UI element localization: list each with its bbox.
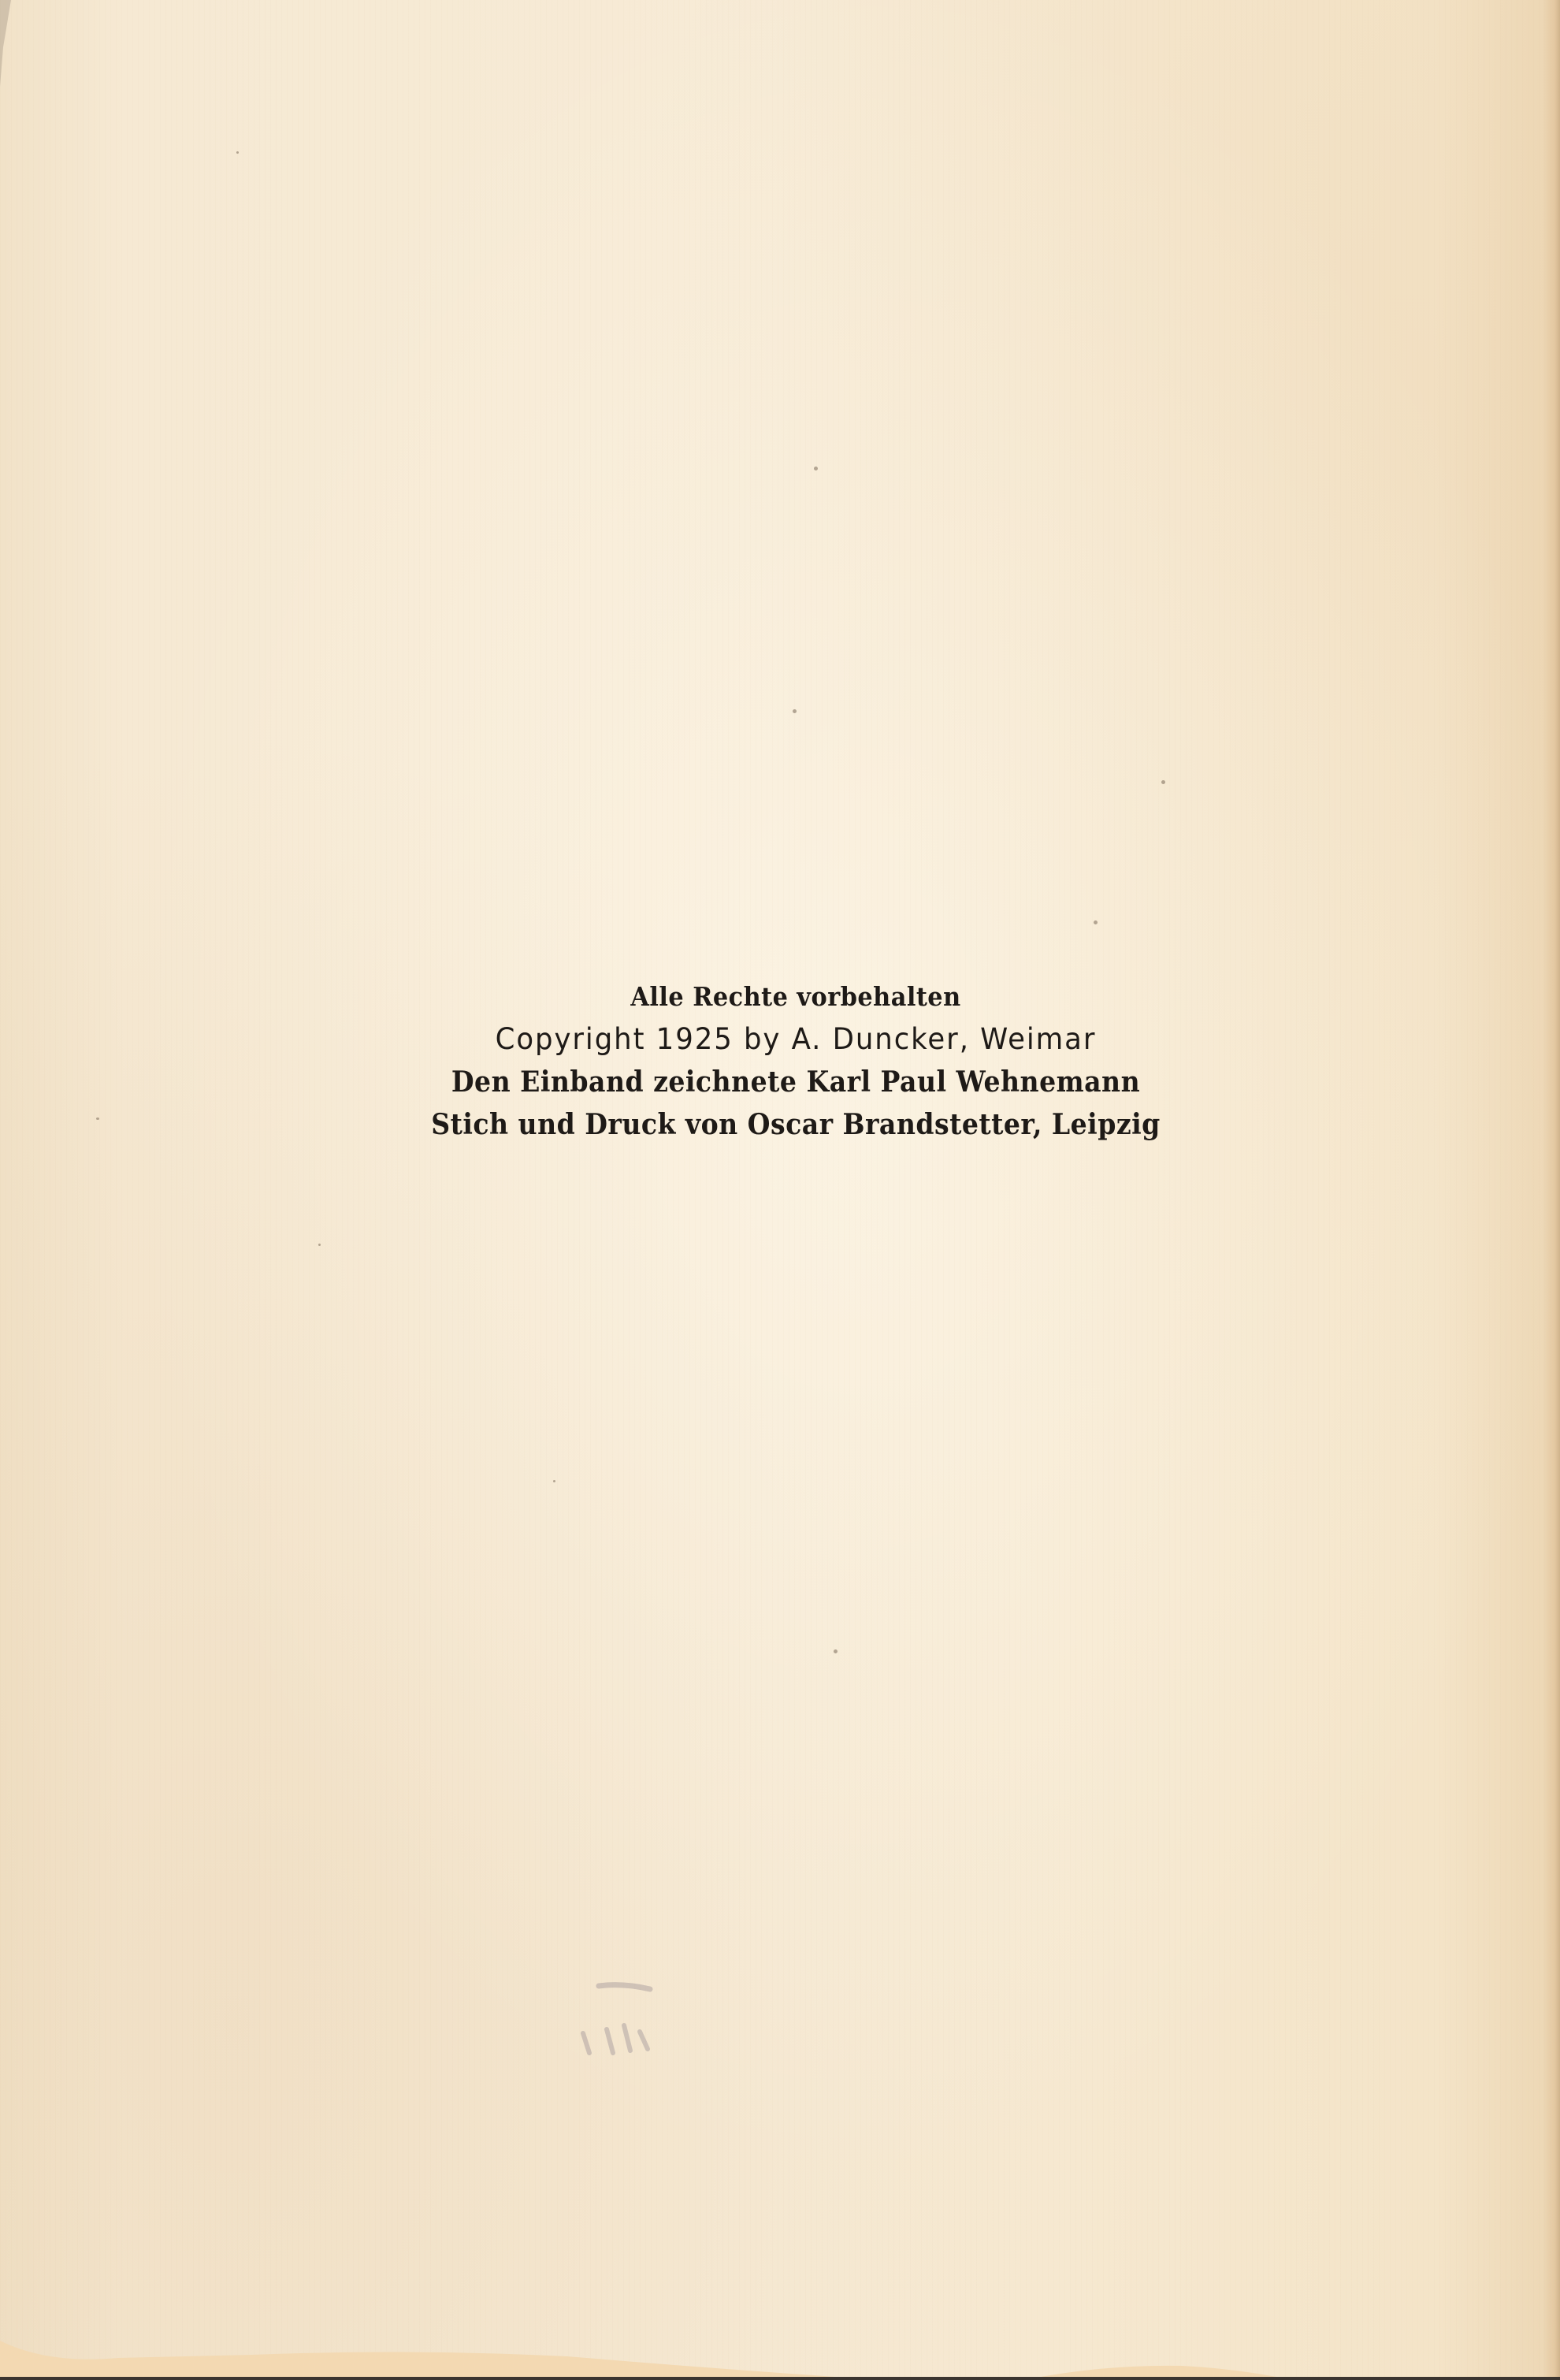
paper-speck — [96, 1117, 99, 1120]
page-bottom-torn-edge — [0, 2325, 1560, 2380]
page-right-edge — [1543, 0, 1560, 2380]
copyright-line: Copyright 1925 by A. Duncker, Weimar — [395, 1018, 1197, 1061]
paper-speck — [1161, 780, 1165, 784]
paper-speck — [793, 709, 797, 713]
page-corner-wear — [0, 0, 32, 87]
printer-credit-line: Stich und Druck von Oscar Brandstetter, … — [411, 1103, 1179, 1146]
rights-reserved-line: Alle Rechte vorbehalten — [411, 976, 1179, 1018]
paper-speck — [1094, 920, 1098, 924]
binding-credit-line: Den Einband zeichnete Karl Paul Wehneman… — [411, 1061, 1179, 1103]
paper-speck — [553, 1480, 555, 1482]
book-page: Alle Rechte vorbehalten Copyright 1925 b… — [0, 0, 1560, 2380]
paper-speck — [814, 467, 818, 470]
paper-speck — [318, 1244, 321, 1246]
paper-speck — [236, 151, 239, 154]
faint-pencil-mark — [552, 1962, 693, 2057]
paper-speck — [834, 1649, 838, 1653]
imprint-block: Alle Rechte vorbehalten Copyright 1925 b… — [378, 976, 1213, 1146]
